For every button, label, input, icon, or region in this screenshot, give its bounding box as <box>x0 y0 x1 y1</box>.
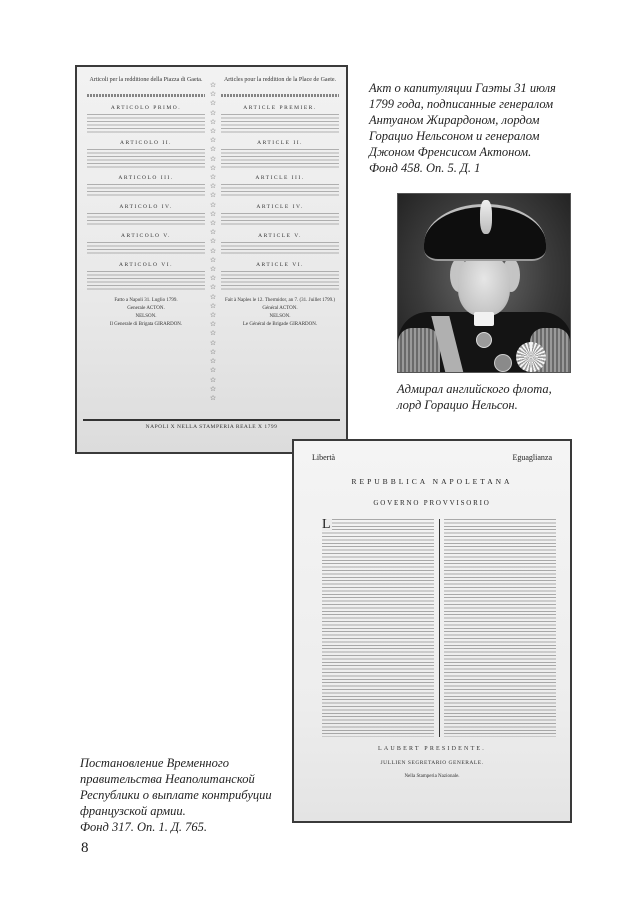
article-text <box>221 114 339 134</box>
ornamental-rule <box>221 94 339 97</box>
caption-line: правительства Неаполитанской <box>80 771 280 787</box>
portrait-epaulet-left <box>398 328 440 373</box>
article-text <box>221 271 339 291</box>
decree-subtitle: GOVERNO PROVVISORIO <box>294 499 570 507</box>
signature-block: Fatto a Napoli 31. Luglio 1799. Generale… <box>85 297 207 329</box>
article-heading: ARTICLE PREMIER. <box>219 105 341 111</box>
page-number: 8 <box>81 840 89 857</box>
motto-liberta: Libertà <box>312 453 335 462</box>
caption-line: французской армии. <box>80 803 280 819</box>
signature-line: Général ACTON. <box>219 305 341 313</box>
article-text <box>221 213 339 227</box>
bottom-rule <box>83 419 340 421</box>
portrait-plume <box>480 200 492 234</box>
portrait-collar <box>474 312 494 326</box>
caption-line: Горацио Нельсоном и генералом <box>369 128 614 144</box>
republic-decree-caption: Постановление Временного правительства Н… <box>80 755 280 835</box>
french-column: Articles pour la reddition de la Place d… <box>219 77 341 329</box>
capitulation-act-scan: Articoli per la redditione della Piazza … <box>75 65 348 454</box>
article-heading: ARTICLE IV. <box>219 204 341 210</box>
nelson-portrait <box>397 193 571 373</box>
caption-line: Постановление Временного <box>80 755 280 771</box>
medal-icon <box>494 354 512 372</box>
caption-line: Фонд 317. Оп. 1. Д. 765. <box>80 819 280 835</box>
article-text <box>221 149 339 169</box>
motto-eguaglianza: Eguaglianza <box>512 453 552 462</box>
article-text <box>87 184 205 198</box>
caption-line: 1799 года, подписанные генералом <box>369 96 614 112</box>
article-text <box>87 242 205 256</box>
order-star-icon <box>516 342 546 372</box>
signature-president: LAUBERT PRESIDENTE. <box>294 746 570 752</box>
medal-icon <box>476 332 492 348</box>
article-heading: ARTICOLO VI. <box>85 262 207 268</box>
ornamental-rule <box>87 94 205 97</box>
signature-line: Generale ACTON. <box>85 305 207 313</box>
signature-line: NELSON. <box>219 313 341 321</box>
decree-title: REPUBBLICA NAPOLETANA <box>294 477 570 486</box>
signature-line: Fatto a Napoli 31. Luglio 1799. <box>85 297 207 305</box>
article-heading: ARTICLE VI. <box>219 262 341 268</box>
article-heading: ARTICOLO II. <box>85 140 207 146</box>
caption-line: Джоном Френсисом Актоном. <box>369 144 614 160</box>
signature-line: Le Général de Brigade GIRARDON. <box>219 321 341 329</box>
article-heading: ARTICLE II. <box>219 140 341 146</box>
article-text <box>221 242 339 256</box>
article-heading: ARTICLE III. <box>219 175 341 181</box>
article-text <box>87 213 205 227</box>
imprint: NAPOLI X NELLA STAMPERIA REALE X 1799 <box>77 424 346 430</box>
article-heading: ARTICOLO IV. <box>85 204 207 210</box>
decorated-initial: L <box>322 519 332 531</box>
article-text <box>87 271 205 291</box>
caption-line: Республики о выплате контрибуции <box>80 787 280 803</box>
article-heading: ARTICOLO III. <box>85 175 207 181</box>
portrait-face <box>458 254 510 316</box>
article-text <box>87 149 205 169</box>
caption-line: Фонд 458. Оп. 5. Д. 1 <box>369 160 614 176</box>
decree-text-columns: L <box>322 519 552 737</box>
republic-decree-scan: Libertà Eguaglianza REPUBBLICA NAPOLETAN… <box>292 439 572 823</box>
signature-line: NELSON. <box>85 313 207 321</box>
caption-line: Акт о капитуляции Гаэты 31 июля <box>369 80 614 96</box>
article-heading: ARTICOLO PRIMO. <box>85 105 207 111</box>
signature-line: Il Generale di Brigata GIRARDON. <box>85 321 207 329</box>
star-divider: ☆☆☆☆☆☆☆☆☆☆☆☆☆☆☆☆☆☆☆☆☆☆☆☆☆☆☆☆☆☆☆☆☆☆☆ <box>208 81 218 403</box>
nelson-portrait-caption: Адмирал английского флота, лорд Горацио … <box>397 381 617 413</box>
caption-line: Антуаном Жирардоном, лордом <box>369 112 614 128</box>
decree-column-left <box>322 519 434 737</box>
column-divider <box>439 519 440 737</box>
printer-line: Nella Stamperia Nazionale. <box>294 774 570 779</box>
french-heading: Articles pour la reddition de la Place d… <box>219 77 341 84</box>
article-text <box>87 114 205 134</box>
article-heading: ARTICLE V. <box>219 233 341 239</box>
capitulation-act-caption: Акт о капитуляции Гаэты 31 июля 1799 год… <box>369 80 614 176</box>
decree-column-right <box>444 519 556 737</box>
caption-line: лорд Горацио Нельсон. <box>397 397 617 413</box>
signature-line: Fait à Naples le 12. Thermidor, an 7. (3… <box>219 297 341 305</box>
signature-secretary: JULLIEN SEGRETARIO GENERALE. <box>294 760 570 766</box>
signature-block: Fait à Naples le 12. Thermidor, an 7. (3… <box>219 297 341 329</box>
italian-column: Articoli per la redditione della Piazza … <box>85 77 207 329</box>
article-heading: ARTICOLO V. <box>85 233 207 239</box>
article-text <box>221 184 339 198</box>
caption-line: Адмирал английского флота, <box>397 381 617 397</box>
italian-heading: Articoli per la redditione della Piazza … <box>85 77 207 84</box>
